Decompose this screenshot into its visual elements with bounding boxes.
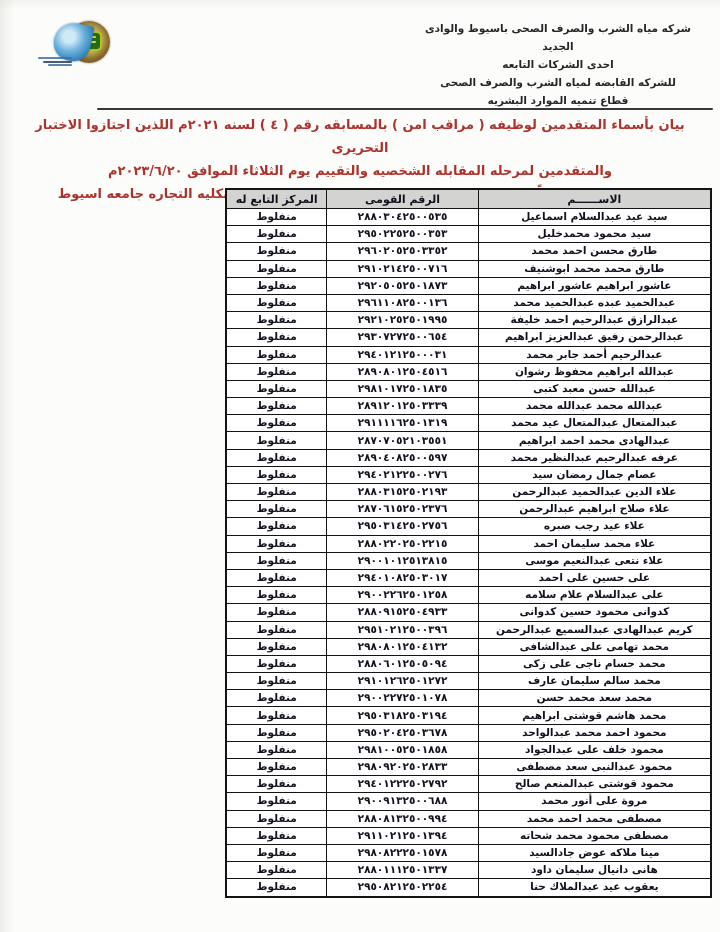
center-cell: منفلوط	[226, 638, 327, 655]
table-row: علاء نتعى عبدالنعيم موسى ٢٩٠٠١٠١٢٥١٣٨١٥ …	[226, 552, 711, 569]
table-row: عبدالهادى محمد احمد ابراهيم ٢٨٧٠٧٠٥٢١٠٣٥…	[226, 432, 711, 449]
national-id-cell: ٢٩٢٠٥٠٥٢٥٠١٨٧٣	[327, 277, 478, 294]
center-cell: منفلوط	[226, 844, 327, 861]
name-cell: علاء صلاح ابراهيم عبدالرحمن	[478, 501, 711, 518]
name-cell: سيد عيد عبدالسلام اسماعيل	[478, 209, 711, 226]
name-cell: عبدالرحيم أحمد جابر محمد	[478, 346, 711, 363]
national-id-cell: ٢٩٨١٠١٧٢٥٠١٨٣٥	[327, 380, 478, 397]
col-header-center: المركز التابع له	[226, 189, 327, 209]
center-cell: منفلوط	[226, 363, 327, 380]
national-id-cell: ٢٩٤٠١٢١٢٥٠٠٠٣١	[327, 346, 478, 363]
national-id-cell: ٢٨٩١٢٠١٢٥٠٣٣٣٩	[327, 398, 478, 415]
table-header-row: الاســــــم الرقم القومى المركز التابع ل…	[226, 189, 711, 209]
name-cell: كريم عبدالهادى عبدالسميع عبدالرحمن	[478, 621, 711, 638]
table-row: مصطفى محمد احمد محمد ٢٨٨٠٨١٣٢٥٠٠٩٩٤ منفل…	[226, 810, 711, 827]
national-id-cell: ٢٩٥٠٢٢٥٢٥٠٠٣٥٣	[327, 226, 478, 243]
title-line-1: بيان بأسماء المتقدمين لوظيفه ( مراقب امن…	[6, 114, 714, 160]
center-cell: منفلوط	[226, 673, 327, 690]
table-row: عبدالرحمن رفيق عبدالعزيز ابراهيم ٢٩٣٠٧٢٧…	[226, 329, 711, 346]
national-id-cell: ٢٨٨٠١١١٢٥٠١٣٣٧	[327, 862, 478, 879]
national-id-cell: ٢٨٨٠٢٢٠٢٥٠٢٢١٥	[327, 535, 478, 552]
center-cell: منفلوط	[226, 827, 327, 844]
table-row: مروة على أنور محمد ٢٩٠٠٩١٣٢٥٠٠٦٨٨ منفلوط	[226, 793, 711, 810]
table-row: عرفه عبدالرحيم عبدالنظير محمد ٢٨٩٠٤٠٨٢٥٠…	[226, 449, 711, 466]
table-row: طارق محمد محمد ابوشنيف ٢٩١٠٢١٤٢٥٠٠٧١٦ من…	[226, 260, 711, 277]
center-cell: منفلوط	[226, 449, 327, 466]
center-cell: منفلوط	[226, 535, 327, 552]
name-cell: محمد تهامى على عبدالشافى	[478, 638, 711, 655]
national-id-cell: ٢٩٣٠٧٢٧٢٥٠٠٦٥٤	[327, 329, 478, 346]
name-cell: مصطفى محمود محمد شحاته	[478, 827, 711, 844]
national-id-cell: ٢٩٦١١٠٨٢٥٠٠١٣٦	[327, 294, 478, 311]
national-id-cell: ٢٩٥١٠٢١٢٥٠٠٣٩٦	[327, 621, 478, 638]
table-row: عبدالمتعال عبدالمتعال عيد محمد ٢٩١١١١٦٢٥…	[226, 415, 711, 432]
name-cell: محمد حسام ناجى على زكى	[478, 655, 711, 672]
center-cell: منفلوط	[226, 501, 327, 518]
name-cell: عرفه عبدالرحيم عبدالنظير محمد	[478, 449, 711, 466]
name-cell: محمود عبدالنبى سعد مصطفى	[478, 759, 711, 776]
national-id-cell: ٢٩٠٠٩١٣٢٥٠٠٦٨٨	[327, 793, 478, 810]
national-id-cell: ٢٩٨٠٨٢٢٢٥٠١٥٧٨	[327, 844, 478, 861]
table-row: مينا ملاكه عوض جادالسيد ٢٩٨٠٨٢٢٢٥٠١٥٧٨ م…	[226, 844, 711, 861]
name-cell: مروة على أنور محمد	[478, 793, 711, 810]
table-row: محمد تهامى على عبدالشافى ٢٩٨٠٨٠١٢٥٠٤١٣٢ …	[226, 638, 711, 655]
table-row: عبدالله محمد عبدالله محمد ٢٨٩١٢٠١٢٥٠٣٣٣٩…	[226, 398, 711, 415]
national-id-cell: ٢٩١١١١٦٢٥٠١٣١٩	[327, 415, 478, 432]
center-cell: منفلوط	[226, 243, 327, 260]
national-id-cell: ٢٩٨٠٩٢٠٢٥٠٢٨٣٣	[327, 759, 478, 776]
name-cell: طارق محمد محمد ابوشنيف	[478, 260, 711, 277]
center-cell: منفلوط	[226, 466, 327, 483]
center-cell: منفلوط	[226, 552, 327, 569]
title-line-2: والمتقدمين لمرحله المقابله الشخصيه والتق…	[6, 160, 714, 183]
center-cell: منفلوط	[226, 346, 327, 363]
table-row: محمد هاشم قوشتى ابراهيم ٢٩٥٠٣١٨٢٥٠٣١٩٤ م…	[226, 707, 711, 724]
name-cell: محمد هاشم قوشتى ابراهيم	[478, 707, 711, 724]
center-cell: منفلوط	[226, 484, 327, 501]
table-row: عاشور ابراهيم عاشور ابراهيم ٢٩٢٠٥٠٥٢٥٠١٨…	[226, 277, 711, 294]
table-row: عبدالرحيم أحمد جابر محمد ٢٩٤٠١٢١٢٥٠٠٠٣١ …	[226, 346, 711, 363]
name-cell: هانى دانيال سليمان داود	[478, 862, 711, 879]
national-id-cell: ٢٨٩٠٨٠١٢٥٠٤٥١٦	[327, 363, 478, 380]
center-cell: منفلوط	[226, 398, 327, 415]
name-cell: سيد محمود محمدخليل	[478, 226, 711, 243]
name-cell: عصام جمال رمضان سيد	[478, 466, 711, 483]
center-cell: منفلوط	[226, 741, 327, 758]
national-id-cell: ٢٨٧٠٦١٥٢٥٠٢٣٧٦	[327, 501, 478, 518]
name-cell: علاء الدين عبدالحميد عبدالرحمن	[478, 484, 711, 501]
name-cell: مينا ملاكه عوض جادالسيد	[478, 844, 711, 861]
name-cell: عبدالرازق عبدالرحيم احمد خليفة	[478, 312, 711, 329]
national-id-cell: ٢٩٥٠٨٢١٢٥٠٢٢٥٤	[327, 879, 478, 897]
center-cell: منفلوط	[226, 209, 327, 226]
name-cell: محمود قوشتى عبدالمنعم صالح	[478, 776, 711, 793]
name-cell: عبدالله ابراهيم محفوظ رشوان	[478, 363, 711, 380]
table-row: علاء صلاح ابراهيم عبدالرحمن ٢٨٧٠٦١٥٢٥٠٢٣…	[226, 501, 711, 518]
center-cell: منفلوط	[226, 432, 327, 449]
center-cell: منفلوط	[226, 226, 327, 243]
center-cell: منفلوط	[226, 707, 327, 724]
national-id-cell: ٢٩٠٠١٠١٢٥١٣٨١٥	[327, 552, 478, 569]
name-cell: علاء نتعى عبدالنعيم موسى	[478, 552, 711, 569]
national-id-cell: ٢٩٤٠٢١٢٢٥٠٠٢٧٦	[327, 466, 478, 483]
table-row: علاء الدين عبدالحميد عبدالرحمن ٢٨٨٠٣١٥٢٥…	[226, 484, 711, 501]
name-cell: علاء عيد رجب صبره	[478, 518, 711, 535]
table-row: علاء محمد سليمان احمد ٢٨٨٠٢٢٠٢٥٠٢٢١٥ منف…	[226, 535, 711, 552]
national-id-cell: ٢٨٨٠٩١٥٢٥٠٤٩٣٣	[327, 604, 478, 621]
national-id-cell: ٢٩٦٠٢٠٥٢٥٠٣٣٥٢	[327, 243, 478, 260]
org-header-line-2: احدى الشركات التابعه	[408, 56, 708, 74]
national-id-cell: ٢٨٨٠٨١٣٢٥٠٠٩٩٤	[327, 810, 478, 827]
name-cell: محمود احمد محمد عبدالواحد	[478, 724, 711, 741]
center-cell: منفلوط	[226, 759, 327, 776]
center-cell: منفلوط	[226, 621, 327, 638]
center-cell: منفلوط	[226, 879, 327, 897]
org-header: شركه مياه الشرب والصرف الصحى باسيوط والو…	[408, 20, 708, 110]
center-cell: منفلوط	[226, 655, 327, 672]
table-row: محمود احمد محمد عبدالواحد ٢٩٥٠٢٠٤٢٥٠٣٦٧٨…	[226, 724, 711, 741]
logo-caption-lines	[38, 56, 72, 67]
center-cell: منفلوط	[226, 690, 327, 707]
table-row: على عبدالسلام علام سلامه ٢٩٠٠٢٢٦٢٥٠١٢٥٨ …	[226, 587, 711, 604]
table-row: محمود خلف على عبدالجواد ٢٩٨١٠٠٥٢٥٠١٨٥٨ م…	[226, 741, 711, 758]
applicants-table-body: سيد عيد عبدالسلام اسماعيل ٢٨٨٠٣٠٤٢٥٠٠٥٣٥…	[226, 209, 711, 897]
national-id-cell: ٢٩١١٠٢١٢٥٠١٣٩٤	[327, 827, 478, 844]
national-id-cell: ٢٩٤٠١٠٨٢٥٠٣٠١٧	[327, 569, 478, 586]
name-cell: عبدالهادى محمد احمد ابراهيم	[478, 432, 711, 449]
national-id-cell: ٢٩١٠١٢٦٢٥٠١٢٧٢	[327, 673, 478, 690]
center-cell: منفلوط	[226, 604, 327, 621]
table-row: علاء عيد رجب صبره ٢٩٥٠٣١٤٢٥٠٢٧٥٦ منفلوط	[226, 518, 711, 535]
table-row: يعقوب عيد عبدالملاك حنا ٢٩٥٠٨٢١٢٥٠٢٢٥٤ م…	[226, 879, 711, 897]
center-cell: منفلوط	[226, 810, 327, 827]
applicants-table: الاســــــم الرقم القومى المركز التابع ل…	[225, 188, 712, 898]
national-id-cell: ٢٨٩٠٤٠٨٢٥٠٠٥٩٧	[327, 449, 478, 466]
name-cell: عبدالحميد عبده عبدالحميد محمد	[478, 294, 711, 311]
center-cell: منفلوط	[226, 862, 327, 879]
org-header-line-1: شركه مياه الشرب والصرف الصحى باسيوط والو…	[408, 20, 708, 56]
table-row: على حسين على احمد ٢٩٤٠١٠٨٢٥٠٣٠١٧ منفلوط	[226, 569, 711, 586]
table-row: سيد عيد عبدالسلام اسماعيل ٢٨٨٠٣٠٤٢٥٠٠٥٣٥…	[226, 209, 711, 226]
center-cell: منفلوط	[226, 518, 327, 535]
table-row: طارق محسن احمد محمد ٢٩٦٠٢٠٥٢٥٠٣٣٥٢ منفلو…	[226, 243, 711, 260]
name-cell: على عبدالسلام علام سلامه	[478, 587, 711, 604]
center-cell: منفلوط	[226, 260, 327, 277]
center-cell: منفلوط	[226, 776, 327, 793]
header-divider	[97, 108, 713, 110]
table-row: كدوانى محمود حسين كدوانى ٢٨٨٠٩١٥٢٥٠٤٩٣٣ …	[226, 604, 711, 621]
center-cell: منفلوط	[226, 294, 327, 311]
name-cell: علاء محمد سليمان احمد	[478, 535, 711, 552]
name-cell: محمود خلف على عبدالجواد	[478, 741, 711, 758]
national-id-cell: ٢٨٨٠٦٠١٢٥٠٥٠٩٤	[327, 655, 478, 672]
center-cell: منفلوط	[226, 415, 327, 432]
name-cell: عبدالرحمن رفيق عبدالعزيز ابراهيم	[478, 329, 711, 346]
table-row: محمود عبدالنبى سعد مصطفى ٢٩٨٠٩٢٠٢٥٠٢٨٣٣ …	[226, 759, 711, 776]
name-cell: عبدالمتعال عبدالمتعال عيد محمد	[478, 415, 711, 432]
name-cell: على حسين على احمد	[478, 569, 711, 586]
name-cell: كدوانى محمود حسين كدوانى	[478, 604, 711, 621]
table-row: هانى دانيال سليمان داود ٢٨٨٠١١١٢٥٠١٣٣٧ م…	[226, 862, 711, 879]
center-cell: منفلوط	[226, 793, 327, 810]
table-row: سيد محمود محمدخليل ٢٩٥٠٢٢٥٢٥٠٠٣٥٣ منفلوط	[226, 226, 711, 243]
table-row: محمود قوشتى عبدالمنعم صالح ٢٩٤٠١٢٢٢٥٠٢٧٩…	[226, 776, 711, 793]
col-header-national-id: الرقم القومى	[327, 189, 478, 209]
name-cell: محمد سعد محمد حسن	[478, 690, 711, 707]
table-row: محمد حسام ناجى على زكى ٢٨٨٠٦٠١٢٥٠٥٠٩٤ من…	[226, 655, 711, 672]
national-id-cell: ٢٩٠٠٢٢٧٢٥٠١٠٧٨	[327, 690, 478, 707]
center-cell: منفلوط	[226, 312, 327, 329]
national-id-cell: ٢٨٨٠٣١٥٢٥٠٢١٩٣	[327, 484, 478, 501]
table-row: عبدالله ابراهيم محفوظ رشوان ٢٨٩٠٨٠١٢٥٠٤٥…	[226, 363, 711, 380]
name-cell: طارق محسن احمد محمد	[478, 243, 711, 260]
table-row: عبدالله حسن معبد كتبى ٢٩٨١٠١٧٢٥٠١٨٣٥ منف…	[226, 380, 711, 397]
center-cell: منفلوط	[226, 569, 327, 586]
table-row: عبدالحميد عبده عبدالحميد محمد ٢٩٦١١٠٨٢٥٠…	[226, 294, 711, 311]
col-header-name: الاســــــم	[478, 189, 711, 209]
table-row: كريم عبدالهادى عبدالسميع عبدالرحمن ٢٩٥١٠…	[226, 621, 711, 638]
center-cell: منفلوط	[226, 277, 327, 294]
national-id-cell: ٢٨٧٠٧٠٥٢١٠٣٥٥١	[327, 432, 478, 449]
name-cell: عبدالله حسن معبد كتبى	[478, 380, 711, 397]
scanned-document-page: { "colors": { "accent_red": "#ad322c", "…	[0, 0, 720, 932]
company-logo	[52, 18, 116, 68]
national-id-cell: ٢٩٨١٠٠٥٢٥٠١٨٥٨	[327, 741, 478, 758]
table-row: عبدالرازق عبدالرحيم احمد خليفة ٢٩٢١٠٢٥٢٥…	[226, 312, 711, 329]
name-cell: عبدالله محمد عبدالله محمد	[478, 398, 711, 415]
national-id-cell: ٢٩٥٠٢٠٤٢٥٠٣٦٧٨	[327, 724, 478, 741]
center-cell: منفلوط	[226, 380, 327, 397]
national-id-cell: ٢٩٥٠٣١٤٢٥٠٢٧٥٦	[327, 518, 478, 535]
center-cell: منفلوط	[226, 724, 327, 741]
org-header-line-3: للشركه القابضه لمياه الشرب والصرف الصحى	[408, 74, 708, 92]
name-cell: محمد سالم سليمان عارف	[478, 673, 711, 690]
table-row: محمد سعد محمد حسن ٢٩٠٠٢٢٧٢٥٠١٠٧٨ منفلوط	[226, 690, 711, 707]
center-cell: منفلوط	[226, 587, 327, 604]
center-cell: منفلوط	[226, 329, 327, 346]
national-id-cell: ٢٩١٠٢١٤٢٥٠٠٧١٦	[327, 260, 478, 277]
national-id-cell: ٢٩٢١٠٢٥٢٥٠١٩٩٥	[327, 312, 478, 329]
national-id-cell: ٢٩٥٠٣١٨٢٥٠٣١٩٤	[327, 707, 478, 724]
table-row: مصطفى محمود محمد شحاته ٢٩١١٠٢١٢٥٠١٣٩٤ من…	[226, 827, 711, 844]
table-row: محمد سالم سليمان عارف ٢٩١٠١٢٦٢٥٠١٢٧٢ منف…	[226, 673, 711, 690]
name-cell: مصطفى محمد احمد محمد	[478, 810, 711, 827]
national-id-cell: ٢٨٨٠٣٠٤٢٥٠٠٥٣٥	[327, 209, 478, 226]
name-cell: عاشور ابراهيم عاشور ابراهيم	[478, 277, 711, 294]
national-id-cell: ٢٩٤٠١٢٢٢٥٠٢٧٩٢	[327, 776, 478, 793]
name-cell: يعقوب عيد عبدالملاك حنا	[478, 879, 711, 897]
national-id-cell: ٢٩٨٠٨٠١٢٥٠٤١٣٢	[327, 638, 478, 655]
table-row: عصام جمال رمضان سيد ٢٩٤٠٢١٢٢٥٠٠٢٧٦ منفلو…	[226, 466, 711, 483]
national-id-cell: ٢٩٠٠٢٢٦٢٥٠١٢٥٨	[327, 587, 478, 604]
